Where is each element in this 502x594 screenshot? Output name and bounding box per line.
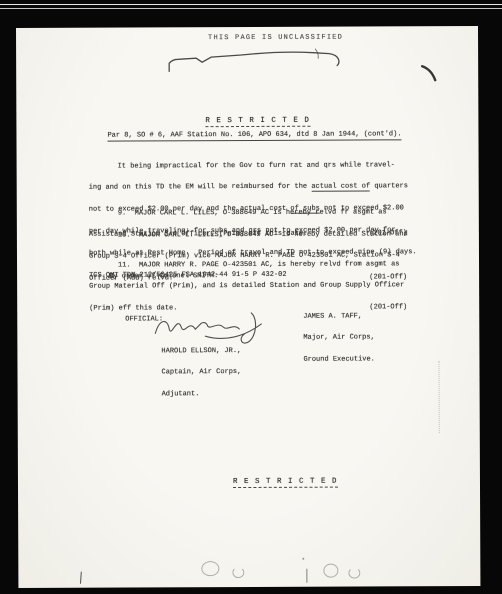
- ink-speck: [302, 558, 304, 560]
- by-order-line: By order of Colonel SMITH:: [109, 273, 218, 281]
- hole-punch-mark: [323, 564, 338, 578]
- paragraph-text: quarters: [370, 183, 408, 191]
- adjutant-name: HAROLD ELLSON, JR.,: [161, 348, 241, 356]
- unclassified-stamp: THIS PAGE IS UNCLASSIFIED: [208, 35, 343, 43]
- pen-tick-mark: [306, 569, 307, 583]
- hole-punch-mark: [201, 561, 219, 576]
- signer-name: JAMES A. TAFF,: [303, 313, 374, 321]
- paragraph-line: ing and on this TD the EM will be reimbu…: [89, 184, 417, 193]
- paragraph-line: Group Material Off (Prim), and is detail…: [89, 283, 407, 292]
- paragraph-text: ing and on this TD the EM will be reimbu…: [89, 183, 312, 192]
- pen-stray-mark: [420, 64, 440, 84]
- underlined-text: actual cost of: [311, 183, 370, 192]
- file-reference: (201-Off): [369, 305, 407, 312]
- paragraph-line: 11. MAJOR HARRY R. PAGE O-423501 AC, is …: [89, 261, 407, 270]
- adjutant-title: Adjutant.: [162, 391, 242, 399]
- classification-footer: R E S T R I C T E D: [233, 479, 338, 489]
- adjutant-rank: Captain, Air Corps,: [161, 370, 241, 378]
- hole-punch-mark: [232, 567, 244, 578]
- document-page: THIS PAGE IS UNCLASSIFIED R E S T R I C …: [16, 26, 480, 588]
- paragraph-line: It being impractical for the Gov to furn…: [89, 162, 417, 171]
- pen-strike-mark: [165, 49, 343, 72]
- scan-artifact-line: [0, 4, 502, 5]
- classification-header: R E S T R I C T E D: [205, 118, 310, 128]
- paragraph-line: 10. MAJOR CARL L. LILES, O-388649 AC is …: [89, 231, 408, 240]
- signer-block: JAMES A. TAFF, Major, Air Corps, Ground …: [303, 298, 375, 379]
- signer-rank: Major, Air Corps,: [303, 335, 374, 343]
- adjutant-block: HAROLD ELLSON, JR., Captain, Air Corps, …: [161, 333, 241, 414]
- subject-line: Par 8, SO # 6, AAF Station No. 106, APO …: [107, 131, 401, 141]
- paper-crease: [438, 361, 439, 433]
- pen-tick-mark: [80, 572, 82, 584]
- scan-artifact-line: [0, 8, 502, 9]
- signer-title: Ground Executive.: [303, 357, 374, 365]
- hole-punch-mark: [348, 568, 360, 579]
